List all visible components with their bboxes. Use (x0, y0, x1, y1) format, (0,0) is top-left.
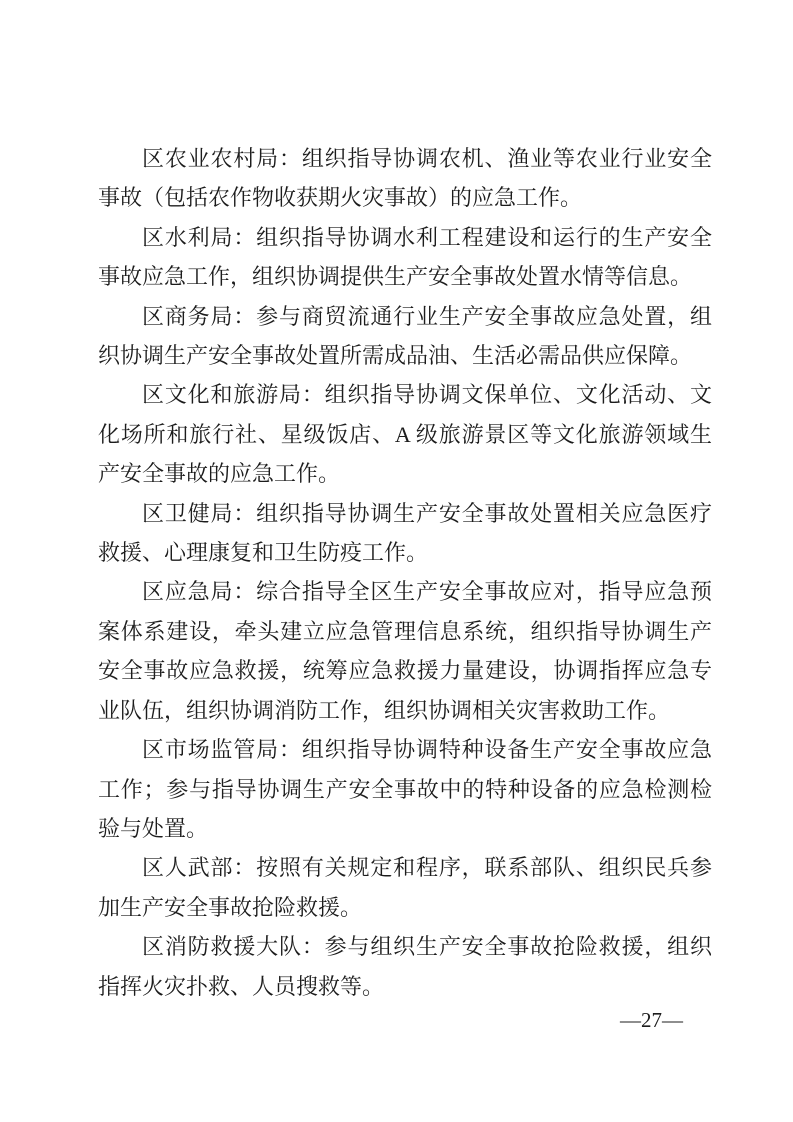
paragraph-water-resources-bureau: 区水利局：组织指导协调水利工程建设和运行的生产安全事故应急工作，组织协调提供生产… (98, 218, 712, 297)
paragraph-commerce-bureau: 区商务局：参与商贸流通行业生产安全事故应急处置，组织协调生产安全事故处置所需成品… (98, 297, 712, 376)
body-text: 区农业农村局：组织指导协调农机、渔业等农业行业安全事故（包括农作物收获期火灾事故… (98, 139, 712, 1006)
paragraph-fire-rescue-brigade: 区消防救援大队：参与组织生产安全事故抢险救援，组织指挥火灾扑救、人员搜救等。 (98, 927, 712, 1006)
paragraph-agriculture-rural-bureau: 区农业农村局：组织指导协调农机、渔业等农业行业安全事故（包括农作物收获期火灾事故… (98, 139, 712, 218)
page-number: —27— (620, 1007, 683, 1033)
paragraph-peoples-armed-forces-dept: 区人武部：按照有关规定和程序，联系部队、组织民兵参加生产安全事故抢险救援。 (98, 848, 712, 927)
paragraph-health-commission-bureau: 区卫健局：组织指导协调生产安全事故处置相关应急医疗救援、心理康复和卫生防疫工作。 (98, 494, 712, 573)
document-page: 区农业农村局：组织指导协调农机、渔业等农业行业安全事故（包括农作物收获期火灾事故… (0, 0, 793, 1122)
paragraph-culture-tourism-bureau: 区文化和旅游局：组织指导协调文保单位、文化活动、文化场所和旅行社、星级饭店、A … (98, 375, 712, 493)
paragraph-emergency-management-bureau: 区应急局：综合指导全区生产安全事故应对，指导应急预案体系建设，牵头建立应急管理信… (98, 572, 712, 730)
paragraph-market-regulation-bureau: 区市场监管局：组织指导协调特种设备生产安全事故应急工作；参与指导协调生产安全事故… (98, 730, 712, 848)
